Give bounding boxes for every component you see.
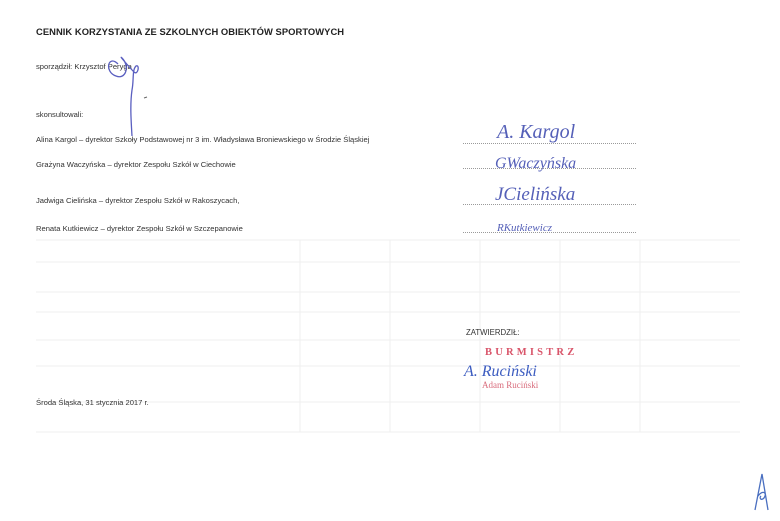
svg-text:RKutkiewicz: RKutkiewicz: [496, 222, 553, 234]
svg-text:A. Ruciński: A. Ruciński: [463, 363, 537, 380]
initial-mark: [752, 470, 772, 514]
prepared-by-label: sporządził:: [36, 62, 72, 71]
stamp-name: Adam Ruciński: [482, 380, 538, 390]
consultant-1: Alina Kargol – dyrektor Szkoły Podstawow…: [36, 135, 369, 144]
document-page: CENNIK KORZYSTANIA ZE SZKOLNYCH OBIEKTÓW…: [0, 0, 780, 521]
kutkiewicz-signature: RKutkiewicz: [495, 214, 615, 244]
svg-text:JCielińska: JCielińska: [495, 184, 575, 205]
cielinska-signature: JCielińska: [493, 172, 613, 212]
svg-text:GWaczyńska: GWaczyńska: [495, 155, 576, 172]
svg-text:A. Kargol: A. Kargol: [495, 121, 576, 143]
kargol-signature: A. Kargol: [495, 112, 615, 146]
approved-label: ZATWIERDZIŁ:: [466, 328, 520, 337]
document-title: CENNIK KORZYSTANIA ZE SZKOLNYCH OBIEKTÓW…: [36, 26, 344, 37]
consultant-3: Jadwiga Cielińska – dyrektor Zespołu Szk…: [36, 196, 239, 205]
peryga-signature: [100, 50, 160, 140]
consulted-label: skonsultowali:: [36, 110, 83, 119]
consultant-4: Renata Kutkiewicz – dyrektor Zespołu Szk…: [36, 224, 243, 233]
place-date: Środa Śląska, 31 stycznia 2017 r.: [36, 398, 149, 407]
consultant-2: Grażyna Waczyńska – dyrektor Zespołu Szk…: [36, 160, 236, 169]
